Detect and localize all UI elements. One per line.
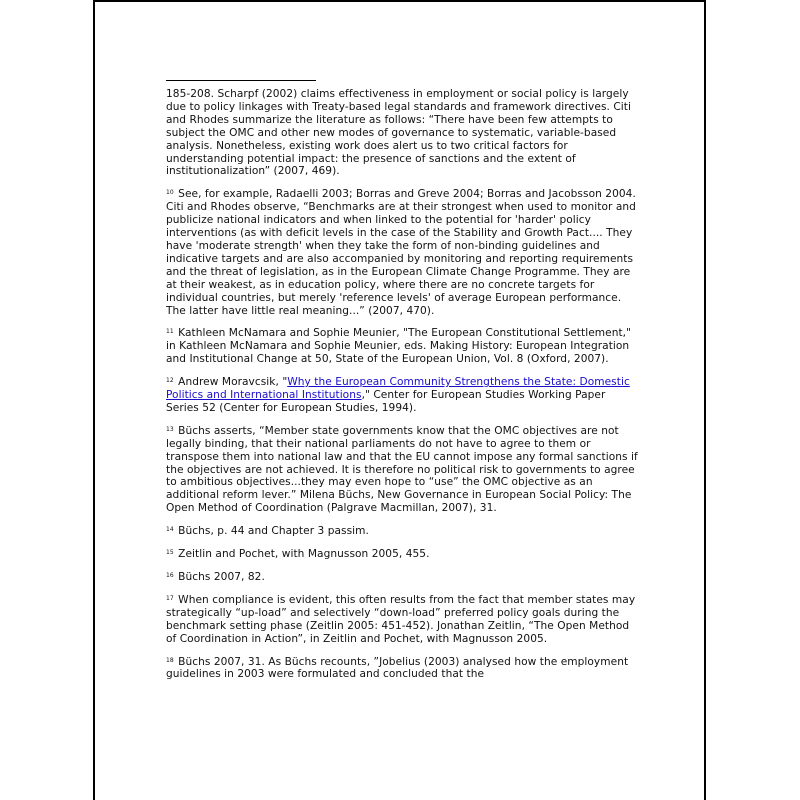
footnote-number: 17 (166, 595, 174, 602)
footnote-separator (166, 80, 316, 81)
footnote-text: Kathleen McNamara and Sophie Meunier, "T… (166, 327, 631, 365)
footnote-number: 15 (166, 549, 174, 556)
footnote-text: Büchs asserts, “Member state governments… (166, 425, 638, 514)
footnote-number: 10 (166, 189, 174, 196)
footnote-continued: 185-208. Scharpf (2002) claims effective… (166, 88, 641, 178)
footnote-number: 18 (166, 657, 174, 664)
footnote-text: Büchs 2007, 82. (178, 571, 265, 583)
footnote-text: When compliance is evident, this often r… (166, 594, 635, 645)
footnote-number: 16 (166, 572, 174, 579)
footnote-10: 10 See, for example, Radaelli 2003; Borr… (166, 188, 641, 317)
footnote-16: 16 Büchs 2007, 82. (166, 571, 641, 584)
footnote-number: 11 (166, 328, 174, 335)
footnote-14: 14 Büchs, p. 44 and Chapter 3 passim. (166, 525, 641, 538)
footnote-text: 185-208. Scharpf (2002) claims effective… (166, 88, 631, 177)
footnote-number: 14 (166, 526, 174, 533)
footnote-15: 15 Zeitlin and Pochet, with Magnusson 20… (166, 548, 641, 561)
footnote-18: 18 Büchs 2007, 31. As Büchs recounts, ”J… (166, 656, 641, 682)
footnote-text: Büchs 2007, 31. As Büchs recounts, ”Jobe… (166, 656, 628, 681)
footnote-text: Zeitlin and Pochet, with Magnusson 2005,… (178, 548, 429, 560)
footnote-17: 17 When compliance is evident, this ofte… (166, 594, 641, 646)
footnote-text: Büchs, p. 44 and Chapter 3 passim. (178, 525, 369, 537)
footnote-13: 13 Büchs asserts, “Member state governme… (166, 425, 641, 515)
footnote-prefix: Andrew Moravcsik, " (178, 376, 287, 388)
footnotes-section: 185-208. Scharpf (2002) claims effective… (166, 80, 641, 691)
footnote-11: 11 Kathleen McNamara and Sophie Meunier,… (166, 327, 641, 366)
footnote-12: 12 Andrew Moravcsik, "Why the European C… (166, 376, 641, 415)
footnote-number: 13 (166, 426, 174, 433)
footnote-number: 12 (166, 377, 174, 384)
footnote-text: See, for example, Radaelli 2003; Borras … (166, 188, 636, 316)
